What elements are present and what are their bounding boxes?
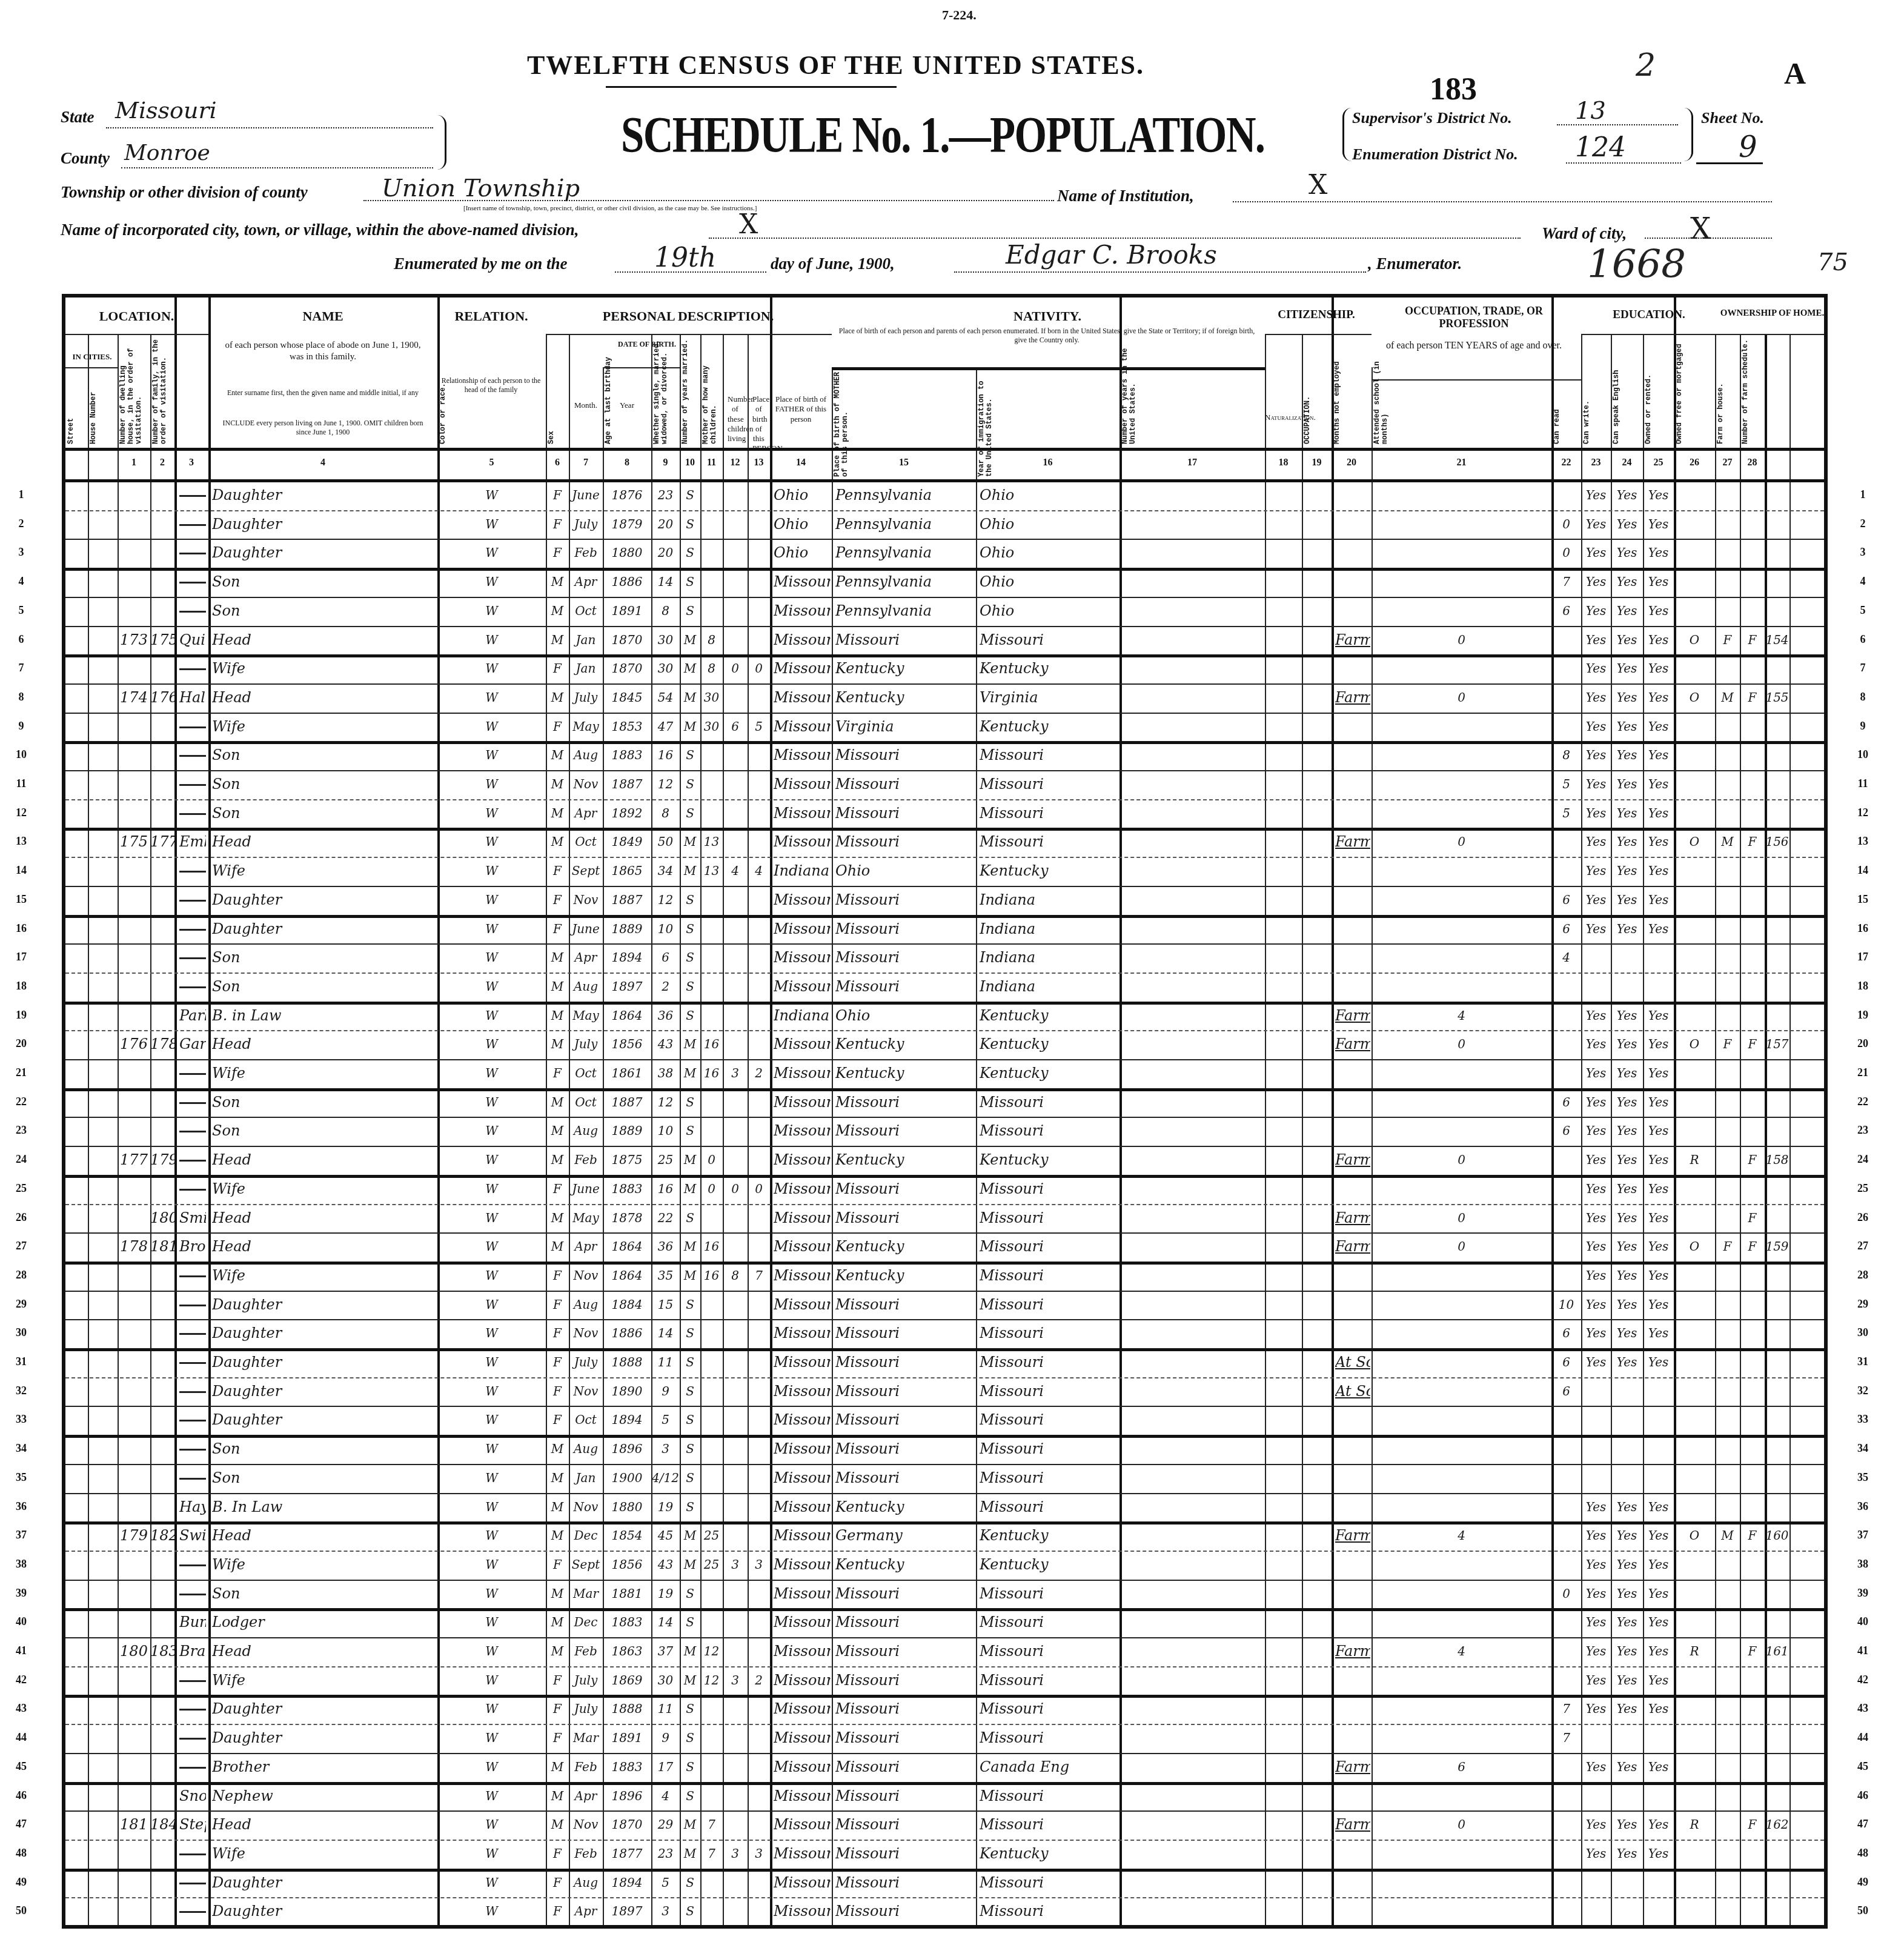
can-write[interactable]: Yes [1611,1088,1643,1117]
birthplace-mother[interactable]: Kentucky [980,1551,1118,1579]
can-write[interactable]: Yes [1611,886,1643,914]
can-speak-english[interactable]: Yes [1643,1695,1674,1723]
person-name[interactable]: Bertha [179,1869,206,1897]
person-name[interactable]: Joel B [179,1088,206,1117]
can-read[interactable]: Yes [1581,1030,1611,1059]
birth-year[interactable]: 1891 [603,1724,651,1752]
can-write[interactable]: Yes [1611,1551,1643,1579]
birthplace-mother[interactable]: Ohio [980,510,1118,539]
color[interactable]: W [437,770,546,799]
can-speak-english[interactable]: Yes [1643,1840,1674,1868]
birthplace-person[interactable]: Missouri [774,1262,831,1290]
can-speak-english[interactable]: Yes [1643,1493,1674,1521]
birth-month[interactable]: Apr [569,1232,603,1261]
birthplace-father[interactable]: Ohio [835,1002,975,1030]
can-write[interactable]: Yes [1611,1695,1643,1723]
birthplace-person[interactable]: Missouri [774,1464,831,1492]
sex[interactable]: M [546,1002,569,1030]
person-name[interactable]: Snow, Charles W [179,1782,206,1810]
birthplace-person[interactable]: Missouri [774,1782,831,1810]
birth-month[interactable]: Nov [569,1810,603,1839]
mother-of-children[interactable]: 3 [723,1551,748,1579]
marital-status[interactable]: M [680,713,700,741]
can-speak-english[interactable]: Yes [1643,1002,1674,1030]
can-write[interactable]: Yes [1611,1753,1643,1781]
sex[interactable]: M [546,1117,569,1145]
birth-month[interactable]: Dec [569,1608,603,1637]
birth-year[interactable]: 1865 [603,857,651,885]
birth-year[interactable]: 1856 [603,1030,651,1059]
birthplace-person[interactable]: Indiana [774,857,831,885]
color[interactable]: W [437,1782,546,1810]
table-row[interactable]: Margaret RWifeWFSept185643M2533MissouriK… [65,1551,1824,1580]
birthplace-mother[interactable]: Missouri [980,1493,1118,1521]
children-living[interactable]: 3 [748,1551,770,1579]
person-name[interactable]: Mairy [179,713,206,741]
birthplace-father[interactable]: Kentucky [835,654,975,683]
occupation[interactable]: Farm Laborer [1335,1002,1370,1030]
farm-or-house[interactable]: F [1740,683,1765,712]
relation[interactable]: Son [212,597,436,625]
can-speak-english[interactable]: Yes [1643,481,1674,510]
marital-status[interactable]: S [680,1406,700,1434]
color[interactable]: W [437,510,546,539]
birthplace-person[interactable]: Missouri [774,1059,831,1088]
table-row[interactable]: Rachel MDaughterWFNov188712SMissouriMiss… [65,886,1824,915]
birthplace-person[interactable]: Missouri [774,1117,831,1145]
birth-year[interactable]: 1864 [603,1262,651,1290]
table-row[interactable]: Embree, Thomas A175177HeadWMOct184950M13… [65,828,1824,857]
table-row[interactable]: James BSonWMAug18963SMissouriMissouriMis… [65,1435,1824,1464]
marital-status[interactable]: M [680,683,700,712]
table-row[interactable]: Lucy BDaughterWFJune188910SMissouriMisso… [65,915,1824,944]
can-read[interactable]: Yes [1581,1232,1611,1261]
attended-school[interactable]: 6 [1551,597,1581,625]
sex[interactable]: M [546,943,569,972]
person-name[interactable]: Smith, Virgil [179,1204,206,1232]
sex[interactable]: F [546,915,569,943]
birth-month[interactable]: Oct [569,1088,603,1117]
person-name[interactable]: Earl [179,770,206,799]
sex[interactable]: M [546,1810,569,1839]
birthplace-father[interactable]: Kentucky [835,1551,975,1579]
relation[interactable]: Wife [212,1059,436,1088]
birth-year[interactable]: 1845 [603,683,651,712]
marital-status[interactable]: S [680,943,700,972]
months-not-employed[interactable]: 0 [1372,1810,1551,1839]
color[interactable]: W [437,886,546,914]
person-name[interactable]: Parker, William H [179,1002,206,1030]
children-living[interactable]: 4 [748,857,770,885]
color[interactable]: W [437,1608,546,1637]
can-write[interactable]: Yes [1611,1608,1643,1637]
sex[interactable]: M [546,1637,569,1666]
months-not-employed[interactable]: 0 [1372,1030,1551,1059]
can-write[interactable]: Yes [1611,1637,1643,1666]
color[interactable]: W [437,828,546,856]
can-write[interactable]: Yes [1611,1175,1643,1203]
can-speak-english[interactable]: Yes [1643,1232,1674,1261]
table-row[interactable]: Sarah MWifeWFFeb187723M733MissouriMissou… [65,1840,1824,1869]
dwelling-number[interactable]: 179 [118,1521,150,1550]
sex[interactable]: M [546,1493,569,1521]
marital-status[interactable]: S [680,1117,700,1145]
sex[interactable]: F [546,1059,569,1088]
marital-status[interactable]: S [680,1435,700,1463]
birthplace-person[interactable]: Missouri [774,654,831,683]
birthplace-father[interactable]: Missouri [835,1580,975,1608]
birth-month[interactable]: Oct [569,828,603,856]
marital-status[interactable]: M [680,626,700,654]
birthplace-father[interactable]: Missouri [835,626,975,654]
age[interactable]: 20 [651,539,680,567]
person-name[interactable]: Lillie [179,1175,206,1203]
birth-month[interactable]: June [569,915,603,943]
birth-month[interactable]: Feb [569,1753,603,1781]
sex[interactable]: F [546,539,569,567]
owned-or-rented[interactable]: O [1674,828,1715,856]
can-write[interactable]: Yes [1611,597,1643,625]
table-row[interactable]: Clay BSonWMMar188119SMissouriMissouriMis… [65,1580,1824,1609]
can-read[interactable]: Yes [1581,1753,1611,1781]
birthplace-father[interactable]: Missouri [835,799,975,828]
age[interactable]: 14 [651,568,680,596]
age[interactable]: 37 [651,1637,680,1666]
birth-year[interactable]: 1870 [603,654,651,683]
age[interactable]: 14 [651,1319,680,1348]
sex[interactable]: F [546,1840,569,1868]
birthplace-mother[interactable]: Kentucky [980,857,1118,885]
years-married[interactable]: 30 [700,713,723,741]
dwelling-number[interactable]: 181 [118,1810,150,1839]
birthplace-father[interactable]: Pennsylvania [835,510,975,539]
birth-year[interactable]: 1876 [603,481,651,510]
can-read[interactable]: Yes [1581,857,1611,885]
can-write[interactable]: Yes [1611,626,1643,654]
can-speak-english[interactable]: Yes [1643,770,1674,799]
age[interactable]: 54 [651,683,680,712]
birth-year[interactable]: 1884 [603,1291,651,1319]
marital-status[interactable]: M [680,857,700,885]
birthplace-father[interactable]: Missouri [835,1406,975,1434]
marital-status[interactable]: S [680,1869,700,1897]
marital-status[interactable]: S [680,510,700,539]
age[interactable]: 5 [651,1869,680,1897]
attended-school[interactable]: 0 [1551,510,1581,539]
birth-month[interactable]: Feb [569,1840,603,1868]
birth-month[interactable]: Feb [569,1146,603,1174]
person-name[interactable]: Thomas F [179,1464,206,1492]
table-row[interactable]: Thomas NSonWMAug18972SMissouriMissouriIn… [65,972,1824,1002]
birthplace-father[interactable]: Kentucky [835,1146,975,1174]
marital-status[interactable]: S [680,1319,700,1348]
sex[interactable]: F [546,1348,569,1377]
birthplace-mother[interactable]: Missouri [980,1695,1118,1723]
can-speak-english[interactable]: Yes [1643,1608,1674,1637]
can-speak-english[interactable]: Yes [1643,568,1674,596]
color[interactable]: W [437,1291,546,1319]
owned-or-rented[interactable]: O [1674,1030,1715,1059]
can-write[interactable]: Yes [1611,828,1643,856]
can-read[interactable]: Yes [1581,1088,1611,1117]
birth-year[interactable]: 1897 [603,972,651,1001]
years-married[interactable]: 16 [700,1059,723,1088]
birthplace-mother[interactable]: Ohio [980,568,1118,596]
birthplace-person[interactable]: Missouri [774,1291,831,1319]
birth-month[interactable]: July [569,1348,603,1377]
marital-status[interactable]: M [680,1175,700,1203]
age[interactable]: 38 [651,1059,680,1088]
sex[interactable]: M [546,1088,569,1117]
birth-month[interactable]: May [569,1204,603,1232]
mother-of-children[interactable]: 3 [723,1059,748,1088]
farm-or-house[interactable]: F [1740,1637,1765,1666]
birthplace-father[interactable]: Pennsylvania [835,539,975,567]
enumerated-day-field[interactable]: 19th [654,242,716,273]
table-row[interactable]: Parker, William HB. in LawWMMay186436SIn… [65,1002,1824,1031]
can-speak-english[interactable]: Yes [1643,1666,1674,1695]
birth-year[interactable]: 1889 [603,1117,651,1145]
color[interactable]: W [437,1059,546,1088]
birth-month[interactable]: Aug [569,1869,603,1897]
relation[interactable]: B. In Law [212,1493,436,1521]
can-write[interactable]: Yes [1611,1840,1643,1868]
occupation[interactable]: At School [1335,1377,1370,1406]
age[interactable]: 25 [651,1146,680,1174]
months-not-employed[interactable]: 0 [1372,1204,1551,1232]
age[interactable]: 2 [651,972,680,1001]
birthplace-mother[interactable]: Virginia [980,683,1118,712]
birthplace-mother[interactable]: Ohio [980,539,1118,567]
person-name[interactable]: James B [179,1435,206,1463]
person-name[interactable]: Quinby, John [179,626,206,654]
age[interactable]: 47 [651,713,680,741]
occupation[interactable]: Farmer [1335,1232,1370,1261]
attended-school[interactable]: 8 [1551,741,1581,770]
relation[interactable]: Son [212,1117,436,1145]
birthplace-father[interactable]: Ohio [835,857,975,885]
family-number[interactable]: 178 [150,1030,174,1059]
birthplace-person[interactable]: Indiana [774,1002,831,1030]
occupation[interactable]: Farmer [1335,1030,1370,1059]
table-row[interactable]: Pearl CDaughterWFJuly187920SOhioPennsylv… [65,510,1824,539]
marital-status[interactable]: S [680,1002,700,1030]
birthplace-father[interactable]: Missouri [835,972,975,1001]
occupation[interactable]: At School [1335,1348,1370,1377]
birthplace-person[interactable]: Missouri [774,1724,831,1752]
can-speak-english[interactable]: Yes [1643,828,1674,856]
relation[interactable]: Daughter [212,1724,436,1752]
relation[interactable]: Daughter [212,1291,436,1319]
can-write[interactable]: Yes [1611,770,1643,799]
sex[interactable]: F [546,857,569,885]
county-field[interactable]: Monroe [124,141,210,165]
color[interactable]: W [437,568,546,596]
birthplace-father[interactable]: Missouri [835,886,975,914]
marital-status[interactable]: M [680,1810,700,1839]
color[interactable]: W [437,1897,546,1926]
occupation[interactable]: Farmer [1335,1637,1370,1666]
can-speak-english[interactable]: Yes [1643,1521,1674,1550]
sex[interactable]: M [546,1782,569,1810]
marital-status[interactable]: M [680,1551,700,1579]
sex[interactable]: M [546,1030,569,1059]
can-write[interactable]: Yes [1611,1319,1643,1348]
birthplace-mother[interactable]: Indiana [980,943,1118,972]
free-or-mortgaged[interactable]: F [1715,1232,1740,1261]
marital-status[interactable]: M [680,1232,700,1261]
can-write[interactable]: Yes [1611,1002,1643,1030]
can-read[interactable]: Yes [1581,1204,1611,1232]
birth-year[interactable]: 1887 [603,1088,651,1117]
relation[interactable]: Wife [212,713,436,741]
birthplace-father[interactable]: Kentucky [835,1232,975,1261]
children-living[interactable]: 7 [748,1262,770,1290]
color[interactable]: W [437,1724,546,1752]
birth-year[interactable]: 1894 [603,1406,651,1434]
years-married[interactable]: 0 [700,1146,723,1174]
table-row[interactable]: Stephens, Charley D181184HeadWMNov187029… [65,1810,1824,1840]
birthplace-person[interactable]: Missouri [774,741,831,770]
age[interactable]: 30 [651,654,680,683]
months-not-employed[interactable]: 4 [1372,1521,1551,1550]
relation[interactable]: Wife [212,1175,436,1203]
birthplace-father[interactable]: Kentucky [835,1262,975,1290]
attended-school[interactable]: 6 [1551,1319,1581,1348]
table-row[interactable]: EarlSonWMNov188712SMissouriMissouriMisso… [65,770,1824,799]
birthplace-mother[interactable]: Missouri [980,1724,1118,1752]
occupation[interactable]: Farmer [1335,683,1370,712]
birth-month[interactable]: Jan [569,1464,603,1492]
years-married[interactable]: 8 [700,654,723,683]
color[interactable]: W [437,1262,546,1290]
can-speak-english[interactable]: Yes [1643,1088,1674,1117]
birthplace-person[interactable]: Missouri [774,1840,831,1868]
can-write[interactable]: Yes [1611,1348,1643,1377]
can-write[interactable]: Yes [1611,1666,1643,1695]
marital-status[interactable]: S [680,1897,700,1926]
ward-field[interactable]: X [1690,212,1711,246]
sex[interactable]: F [546,510,569,539]
marital-status[interactable]: S [680,597,700,625]
color[interactable]: W [437,1406,546,1434]
birth-year[interactable]: 1883 [603,741,651,770]
birthplace-mother[interactable]: Missouri [980,1319,1118,1348]
birth-year[interactable]: 1896 [603,1435,651,1463]
marital-status[interactable]: S [680,481,700,510]
sex[interactable]: F [546,1869,569,1897]
can-write[interactable]: Yes [1611,539,1643,567]
dwelling-number[interactable]: 175 [118,828,150,856]
months-not-employed[interactable]: 0 [1372,683,1551,712]
person-name[interactable]: Clay B [179,1580,206,1608]
color[interactable]: W [437,799,546,828]
person-name[interactable]: Bunnell, Thomas J [179,1608,206,1637]
age[interactable]: 22 [651,1204,680,1232]
sex[interactable]: F [546,481,569,510]
color[interactable]: W [437,713,546,741]
person-name[interactable]: Columbus [179,1146,206,1174]
family-number[interactable]: 176 [150,683,174,712]
birthplace-mother[interactable]: Missouri [980,1464,1118,1492]
birthplace-mother[interactable]: Missouri [980,1435,1118,1463]
birth-month[interactable]: Aug [569,741,603,770]
color[interactable]: W [437,1348,546,1377]
city-field[interactable]: X [739,209,758,240]
table-row[interactable]: OrffieSonWMAug188316SMissouriMissouriMis… [65,741,1824,770]
can-read[interactable]: Yes [1581,481,1611,510]
sex[interactable]: F [546,713,569,741]
birth-year[interactable]: 1888 [603,1695,651,1723]
farm-or-house[interactable]: F [1740,1810,1765,1839]
months-not-employed[interactable]: 6 [1372,1753,1551,1781]
age[interactable]: 11 [651,1348,680,1377]
birthplace-person[interactable]: Missouri [774,1666,831,1695]
birth-month[interactable]: May [569,713,603,741]
marital-status[interactable]: M [680,1637,700,1666]
birth-year[interactable]: 1878 [603,1204,651,1232]
birthplace-father[interactable]: Missouri [835,741,975,770]
color[interactable]: W [437,683,546,712]
birth-month[interactable]: Nov [569,1377,603,1406]
birth-year[interactable]: 1880 [603,539,651,567]
birthplace-father[interactable]: Germany [835,1521,975,1550]
relation[interactable]: Head [212,1204,436,1232]
birthplace-person[interactable]: Missouri [774,1551,831,1579]
person-name[interactable]: Homer B [179,597,206,625]
can-speak-english[interactable]: Yes [1643,713,1674,741]
table-row[interactable]: BerthaDaughterWFAug18945SMissouriMissour… [65,1869,1824,1898]
relation[interactable]: Daughter [212,1406,436,1434]
relation[interactable]: Son [212,741,436,770]
marital-status[interactable]: M [680,1030,700,1059]
birthplace-person[interactable]: Ohio [774,510,831,539]
birthplace-person[interactable]: Missouri [774,1695,831,1723]
dwelling-number[interactable]: 173 [118,626,150,654]
years-married[interactable]: 30 [700,683,723,712]
owned-or-rented[interactable]: O [1674,683,1715,712]
color[interactable]: W [437,1666,546,1695]
relation[interactable]: Son [212,1580,436,1608]
years-married[interactable]: 7 [700,1840,723,1868]
birthplace-person[interactable]: Missouri [774,626,831,654]
birthplace-person[interactable]: Missouri [774,1348,831,1377]
sex[interactable]: M [546,828,569,856]
birthplace-father[interactable]: Missouri [835,1840,975,1868]
marital-status[interactable]: S [680,886,700,914]
age[interactable]: 15 [651,1291,680,1319]
can-read[interactable]: Yes [1581,1146,1611,1174]
can-read[interactable]: Yes [1581,1551,1611,1579]
farm-or-house[interactable]: F [1740,1204,1765,1232]
birthplace-mother[interactable]: Missouri [980,1666,1118,1695]
attended-school[interactable]: 6 [1551,915,1581,943]
farm-schedule-number[interactable]: 156 [1765,828,1790,856]
can-write[interactable]: Yes [1611,510,1643,539]
birth-year[interactable]: 1881 [603,1580,651,1608]
marital-status[interactable]: M [680,828,700,856]
birthplace-father[interactable]: Missouri [835,1319,975,1348]
birthplace-person[interactable]: Missouri [774,972,831,1001]
birth-month[interactable]: Aug [569,972,603,1001]
birth-month[interactable]: July [569,510,603,539]
birthplace-father[interactable]: Missouri [835,1435,975,1463]
birthplace-father[interactable]: Missouri [835,1291,975,1319]
birthplace-father[interactable]: Kentucky [835,1493,975,1521]
relation[interactable]: Son [212,1464,436,1492]
birth-month[interactable]: June [569,1175,603,1203]
table-row[interactable]: LillieWifeWFJune188316M000MissouriMissou… [65,1175,1824,1204]
